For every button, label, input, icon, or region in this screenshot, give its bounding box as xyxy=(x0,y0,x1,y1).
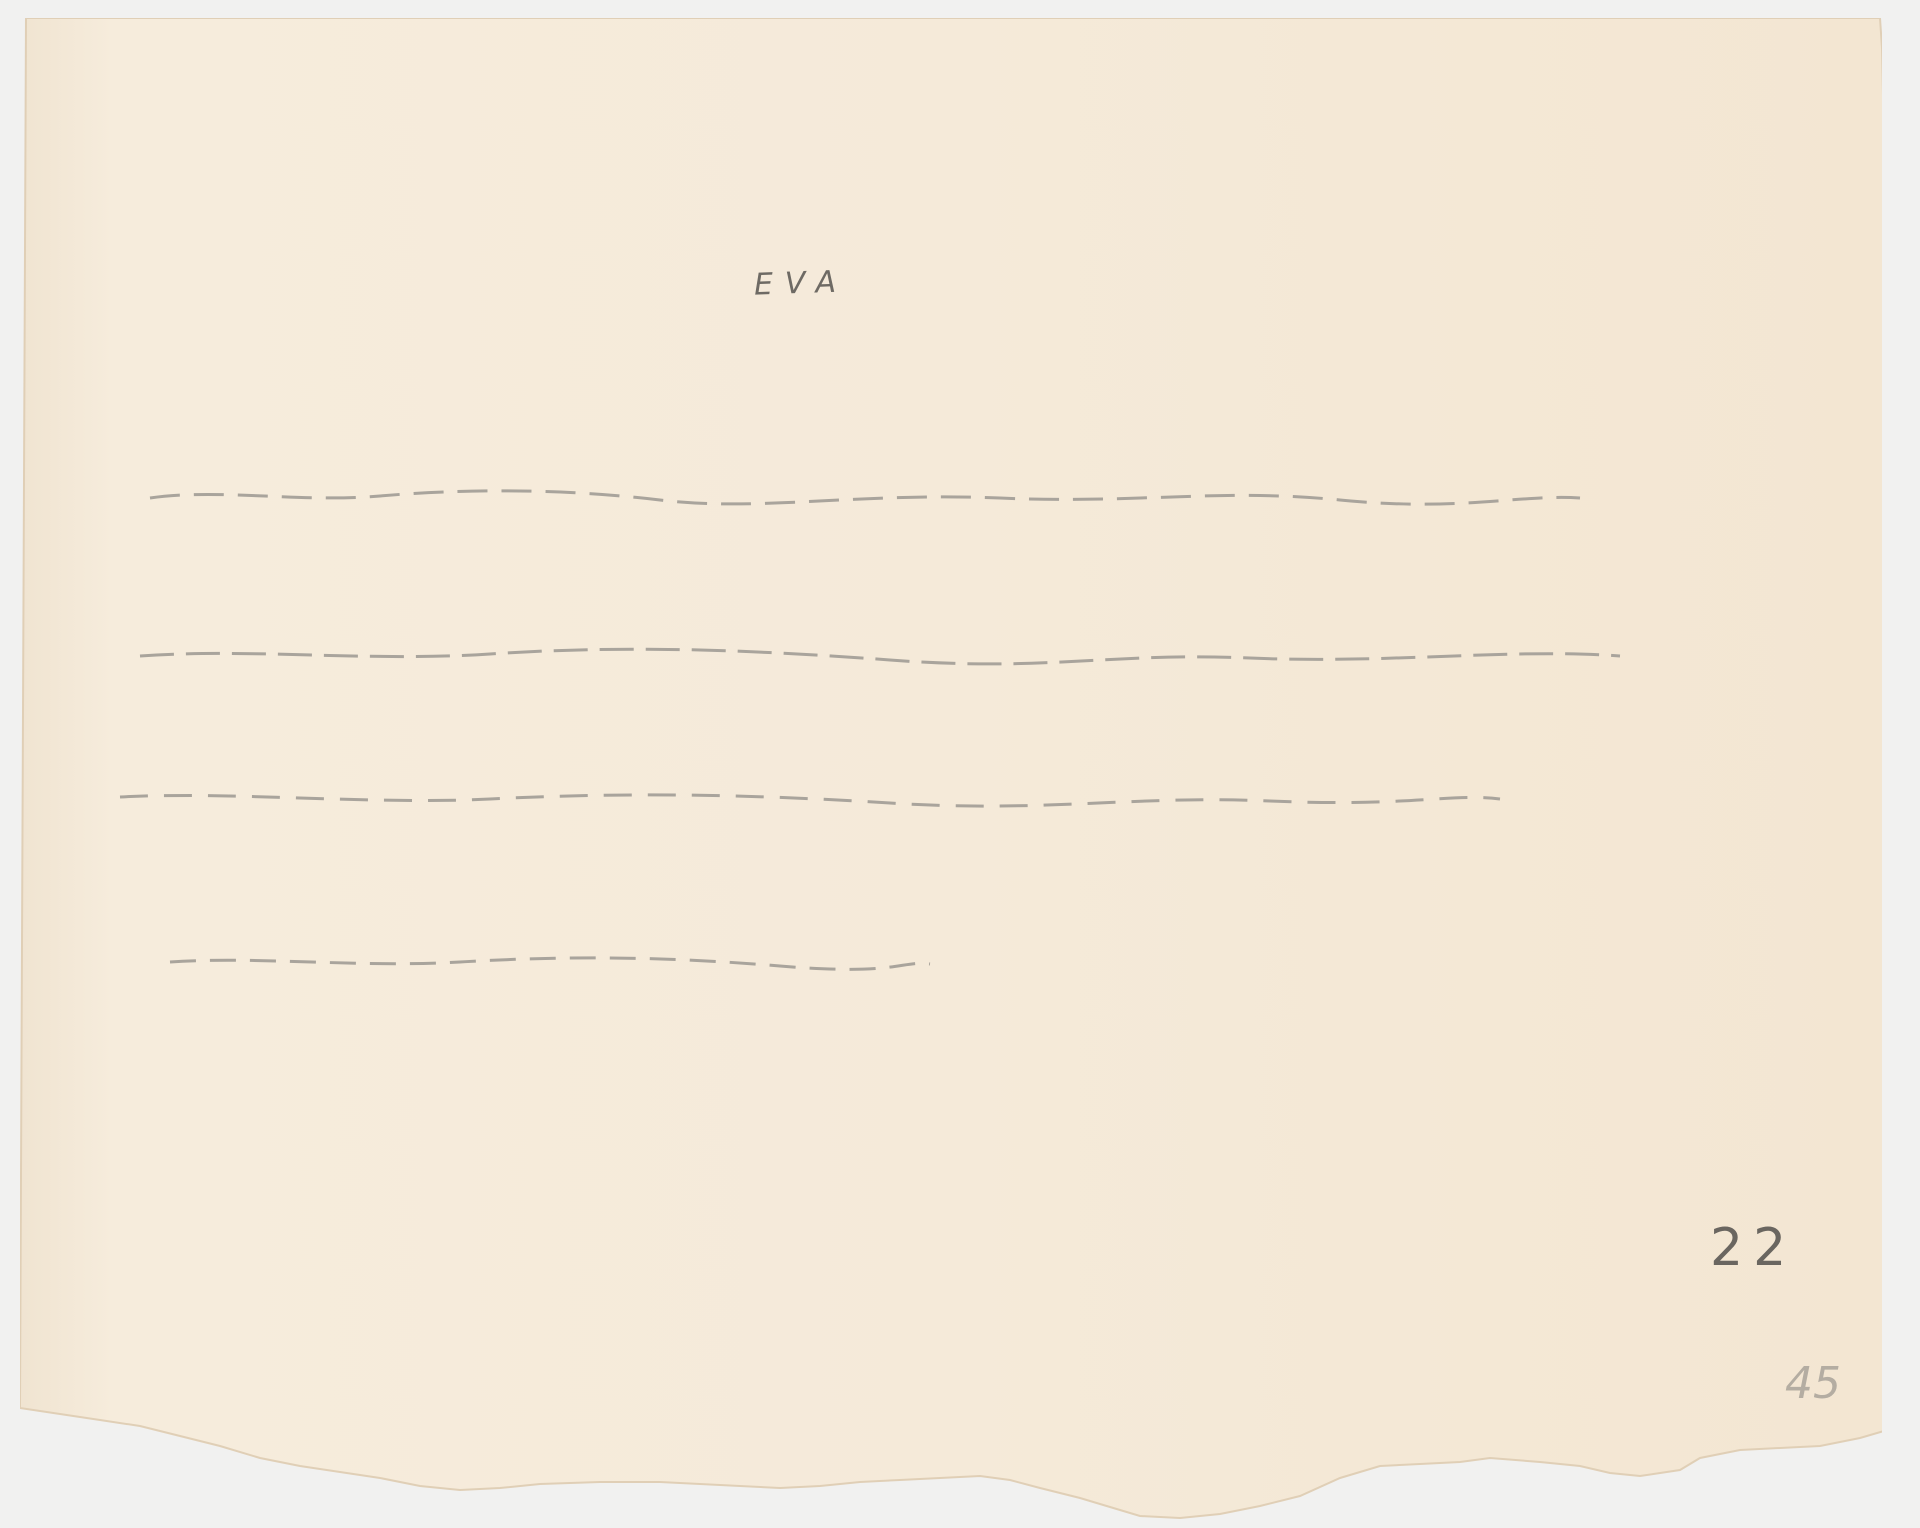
paper-sheet: EVA 22 45 xyxy=(20,18,1882,1528)
body-line-1-redacted xyxy=(140,458,1590,518)
document-title: EVA xyxy=(753,264,848,302)
secondary-page-number: 45 xyxy=(1785,1358,1841,1409)
page-number: 22 xyxy=(1710,1218,1796,1278)
body-line-3-redacted xyxy=(110,763,1510,823)
body-line-4-redacted xyxy=(160,926,940,986)
body-line-2-redacted xyxy=(130,618,1630,678)
